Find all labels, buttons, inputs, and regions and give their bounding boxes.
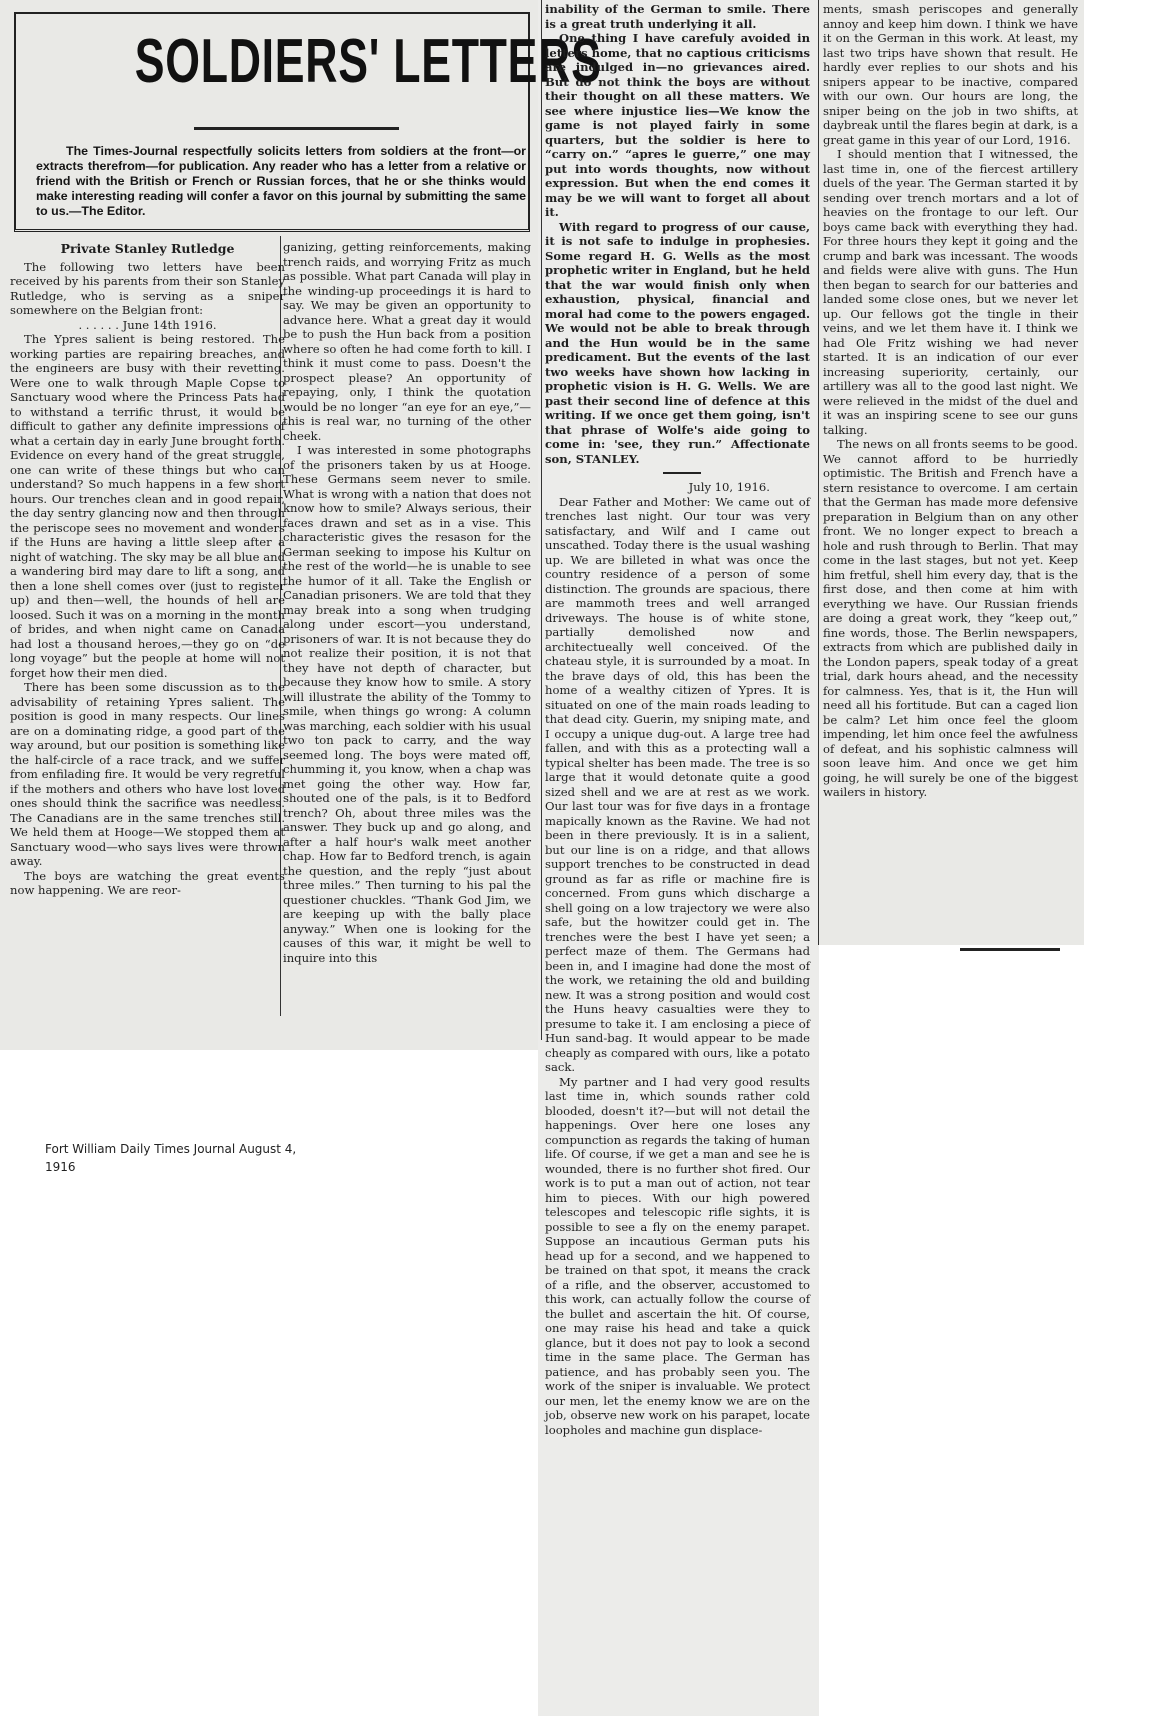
article-column-2: ganizing, getting reinforcements, making…	[283, 240, 531, 965]
paragraph: With regard to progress of our cause, it…	[545, 220, 810, 467]
source-caption: Fort William Daily Times Journal August …	[45, 1140, 325, 1176]
paragraph: Dear Father and Mother: We came out of t…	[545, 495, 810, 1075]
page-title: SOLDIERS' LETTERS	[135, 26, 437, 97]
paragraph: I was interested in some photographs of …	[283, 443, 531, 965]
letter-date: . . . . . . June 14th 1916.	[10, 318, 285, 333]
article-column-1: Private Stanley Rutledge The following t…	[10, 240, 285, 898]
article-column-4: ments, smash periscopes and generally an…	[823, 2, 1078, 800]
letter-date: July 10, 1916.	[545, 480, 810, 495]
paragraph: The news on all fronts seems to be good.…	[823, 437, 1078, 800]
article-byline: Private Stanley Rutledge	[10, 242, 285, 257]
paragraph: One thing I have carefuly avoided in let…	[545, 31, 810, 220]
paragraph: ments, smash periscopes and generally an…	[823, 2, 1078, 147]
paragraph: ganizing, getting reinforcements, making…	[283, 240, 531, 443]
article-column-3: inability of the German to smile. There …	[545, 2, 810, 1437]
masthead-box: SOLDIERS' LETTERS The Times-Journal resp…	[14, 12, 530, 232]
title-rule	[194, 127, 399, 130]
paragraph: There has been some discussion as to the…	[10, 680, 285, 869]
paragraph: The Ypres salient is being restored. The…	[10, 332, 285, 680]
paragraph: The boys are watching the great events n…	[10, 869, 285, 898]
editor-note: The Times-Journal respectfully solicits …	[36, 144, 526, 219]
section-rule	[663, 472, 701, 474]
column-divider	[541, 0, 542, 1040]
end-rule	[960, 948, 1060, 951]
paragraph: inability of the German to smile. There …	[545, 2, 810, 31]
paragraph: I should mention that I witnessed, the l…	[823, 147, 1078, 437]
paragraph: The following two letters have been rece…	[10, 260, 285, 318]
paragraph: My partner and I had very good results l…	[545, 1075, 810, 1438]
column-divider	[818, 0, 819, 945]
editor-note-text: The Times-Journal respectfully solicits …	[36, 144, 526, 218]
